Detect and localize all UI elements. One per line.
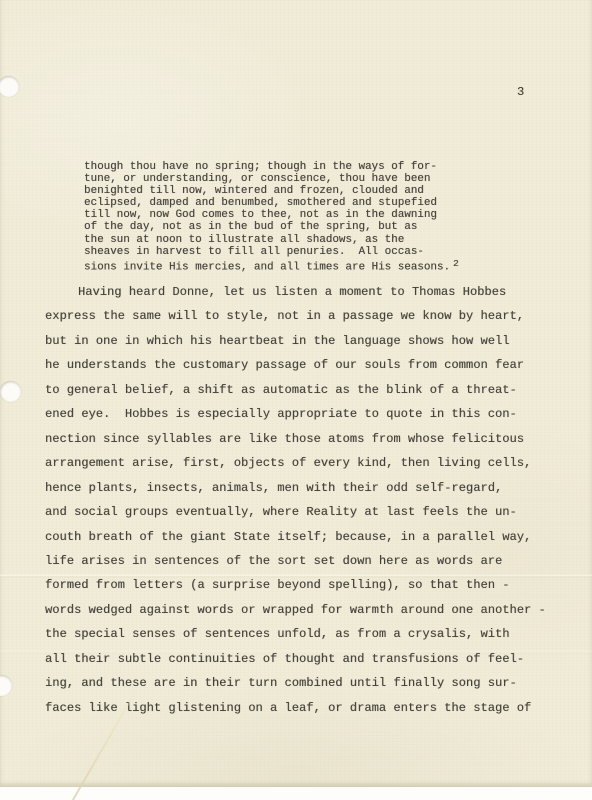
text-line: and social groups eventually, where Real… <box>45 500 546 524</box>
text-line: hence plants, insects, animals, men with… <box>45 476 546 500</box>
document-page: 3 though thou have no spring; though in … <box>0 0 592 787</box>
text-line: couth breath of the giant State itself; … <box>45 525 546 549</box>
text-line: express the same will to style, not in a… <box>45 304 546 328</box>
text-line: till now, now God comes to thee, not as … <box>84 209 459 221</box>
text-line: to general belief, a shift as automatic … <box>45 378 546 402</box>
text-line: sheaves in harvest to fill all penuries.… <box>84 246 459 258</box>
text-line: Having heard Donne, let us listen a mome… <box>45 280 546 304</box>
text-line: of the day, not as in the bud of the spr… <box>84 221 459 233</box>
text-line: eclipsed, damped and benumbed, smothered… <box>84 197 459 209</box>
paper-crease <box>0 650 592 654</box>
quote-lines: though thou have no spring; though in th… <box>84 161 459 258</box>
quote-last-line: sions invite His mercies, and all times … <box>84 261 450 273</box>
scan-background: 3 though thou have no spring; though in … <box>0 0 592 800</box>
block-quote: though thou have no spring; though in th… <box>84 161 459 273</box>
text-line: though thou have no spring; though in th… <box>84 161 459 173</box>
text-line: the special senses of sentences unfold, … <box>45 622 546 646</box>
text-line: nection since syllables are like those a… <box>45 427 546 451</box>
text-line: arrangement arise, first, objects of eve… <box>45 451 546 475</box>
text-line: he understands the customary passage of … <box>45 353 546 377</box>
text-line: tune, or understanding, or conscience, t… <box>84 173 459 185</box>
text-line: the sun at noon to illustrate all shadow… <box>84 234 459 246</box>
text-line: but in one in which his heartbeat in the… <box>45 329 546 353</box>
punch-hole <box>0 76 19 97</box>
text-line: sions invite His mercies, and all times … <box>84 258 459 274</box>
paper-crease <box>0 574 592 578</box>
page-number: 3 <box>517 85 524 99</box>
text-line: benighted till now, wintered and frozen,… <box>84 185 459 197</box>
text-line: ing, and these are in their turn combine… <box>45 671 546 695</box>
punch-hole <box>0 675 12 696</box>
text-line: life arises in sentences of the sort set… <box>45 549 546 573</box>
footnote-reference: 2 <box>453 258 459 269</box>
text-line: words wedged against words or wrapped fo… <box>45 598 546 622</box>
text-line: ened eye. Hobbes is especially appropria… <box>45 402 546 426</box>
paragraph: Having heard Donne, let us listen a mome… <box>45 280 546 720</box>
punch-hole <box>0 381 21 402</box>
